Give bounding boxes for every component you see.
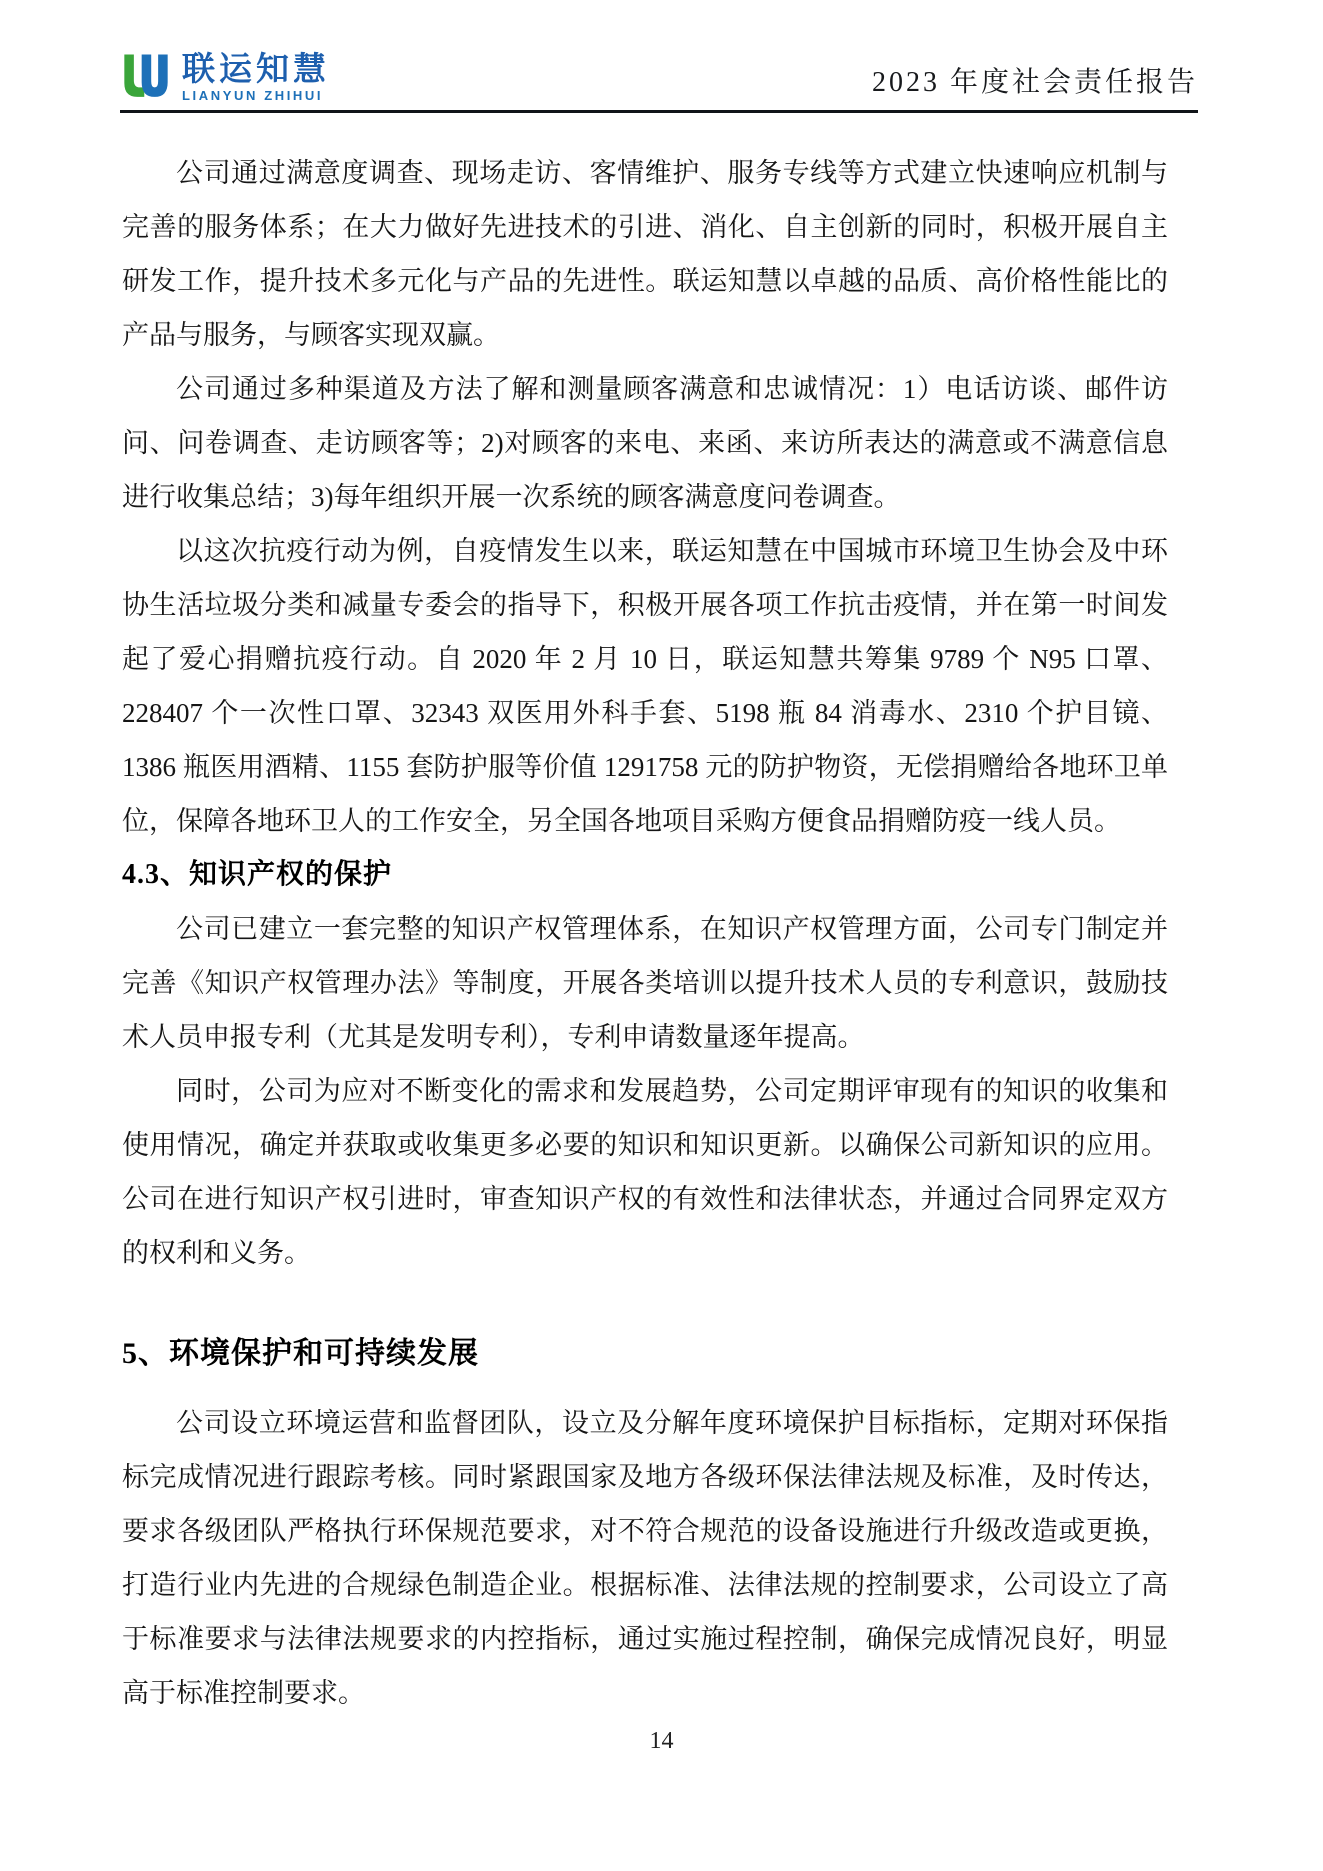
page-number: 14 [650,1728,674,1754]
paragraph-pandemic-donation: 以这次抗疫行动为例，自疫情发生以来，联运知慧在中国城市环境卫生协会及中环协生活垃… [122,524,1168,848]
section-heading-5-environment: 5、环境保护和可持续发展 [122,1326,1168,1382]
paragraph-knowledge-review: 同时，公司为应对不断变化的需求和发展趋势，公司定期评审现有的知识的收集和使用情况… [122,1064,1168,1280]
paragraph-environment-management: 公司设立环境运营和监督团队，设立及分解年度环境保护目标指标，定期对环保指标完成情… [122,1396,1168,1720]
logo-text: 联运知慧 LIANYUN ZHIHUI [182,52,330,102]
paragraph-ip-management-system: 公司已建立一套完整的知识产权管理体系，在知识产权管理方面，公司专门制定并完善《知… [122,902,1168,1064]
lu-monogram-icon [120,52,172,102]
paragraph-customer-service: 公司通过满意度调查、现场走访、客情维护、服务专线等方式建立快速响应机制与完善的服… [122,146,1168,362]
document-page: 联运知慧 LIANYUN ZHIHUI 2023 年度社会责任报告 公司通过满意… [0,0,1323,1871]
logo-name-en: LIANYUN ZHIHUI [182,89,330,102]
company-logo: 联运知慧 LIANYUN ZHIHUI [120,52,330,102]
page-footer: 14 [0,1728,1323,1755]
report-title: 2023 年度社会责任报告 [872,60,1198,102]
section-heading-4-3-ip-protection: 4.3、知识产权的保护 [122,848,1168,902]
paragraph-customer-feedback-channels: 公司通过多种渠道及方法了解和测量顾客满意和忠诚情况：1）电话访谈、邮件访问、问卷… [122,362,1168,524]
page-header: 联运知慧 LIANYUN ZHIHUI 2023 年度社会责任报告 [120,52,1198,113]
document-body: 公司通过满意度调查、现场走访、客情维护、服务专线等方式建立快速响应机制与完善的服… [122,146,1168,1720]
logo-name-cn: 联运知慧 [182,52,330,85]
